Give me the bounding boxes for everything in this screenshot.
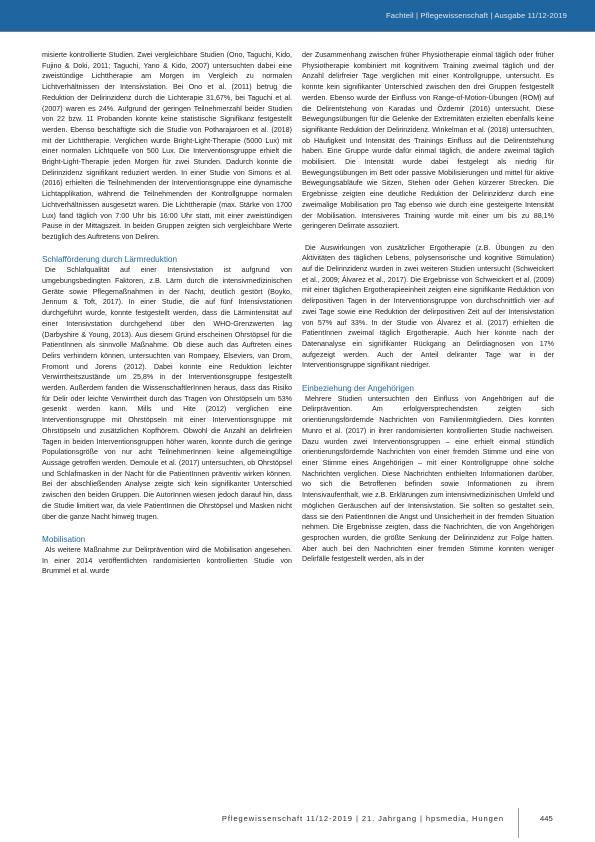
paragraph-physiotherapy: der Zusammenhang zwischen früher Physiot…: [302, 50, 554, 232]
footer-citation: Pflegewissenschaft 11/12-2019 | 21. Jahr…: [222, 814, 504, 823]
spacer: [42, 522, 292, 533]
header-bar: Fachteil | Pflegewissenschaft | Ausgabe …: [0, 0, 595, 32]
section-heading-sleep: Schlafförderung durch Lärmreduktion: [42, 253, 292, 265]
paragraph-mobilisation: Als weitere Maßnahme zur Delirprävention…: [42, 545, 292, 577]
paragraph-noise-reduction: Die Schlafqualität auf einer Intensivsta…: [42, 265, 292, 522]
page-number: 445: [540, 814, 553, 823]
paragraph-family: Mehrere Studien untersuchten den Einflus…: [302, 394, 554, 565]
spacer: [302, 232, 554, 243]
left-column: misierte kontrollierte Studien. Zwei ver…: [42, 50, 292, 577]
section-heading-mobilisation: Mobilisation: [42, 533, 292, 545]
section-heading-family: Einbeziehung der Angehörigen: [302, 382, 554, 394]
paragraph-light-therapy: misierte kontrollierte Studien. Zwei ver…: [42, 50, 292, 243]
right-column: der Zusammenhang zwischen früher Physiot…: [302, 50, 554, 565]
paragraph-ergotherapy: Die Auswirkungen von zusätzlicher Ergoth…: [302, 243, 554, 371]
spacer: [42, 243, 292, 254]
running-header: Fachteil | Pflegewissenschaft | Ausgabe …: [386, 11, 567, 20]
footer-divider: [518, 808, 519, 838]
spacer: [302, 371, 554, 382]
page-footer: Pflegewissenschaft 11/12-2019 | 21. Jahr…: [0, 814, 595, 828]
